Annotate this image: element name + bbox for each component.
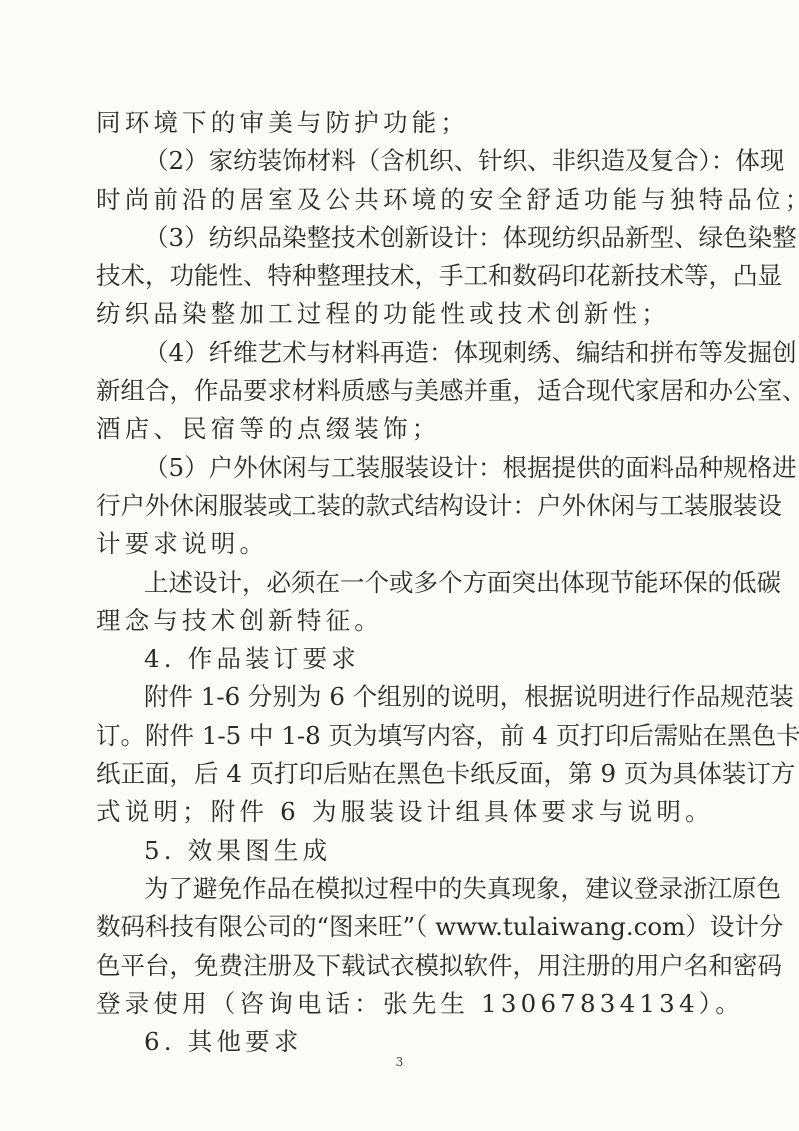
text-line: 纺织品染整加工过程的功能性或技术创新性； bbox=[96, 295, 706, 333]
text-line: 附件 1-6 分别为 6 个组别的说明，根据说明进行作品规范装 bbox=[96, 678, 706, 716]
text-line: （2）家纺装饰材料（含机织、针织、非织造及复合）：体现 bbox=[96, 142, 706, 180]
text-line: 理念与技术创新特征。 bbox=[96, 602, 706, 640]
text-line: 时尚前沿的居室及公共环境的安全舒适功能与独特品位； bbox=[96, 181, 706, 219]
text-line: 上述设计，必须在一个或多个方面突出体现节能环保的低碳 bbox=[96, 564, 706, 602]
text-line: 计要求说明。 bbox=[96, 525, 706, 563]
text-line: 4. 作品装订要求 bbox=[96, 640, 706, 678]
text-line: 同环境下的审美与防护功能； bbox=[96, 104, 706, 142]
text-line: 纸正面，后 4 页打印后贴在黑色卡纸反面，第 9 页为具体装订方 bbox=[96, 755, 706, 793]
text-line: 为了避免作品在模拟过程中的失真现象，建议登录浙江原色 bbox=[96, 870, 706, 908]
text-line: 色平台，免费注册及下载试衣模拟软件，用注册的用户名和密码 bbox=[96, 947, 706, 985]
text-line: 行户外休闲服装或工装的款式结构设计：户外休闲与工装服装设 bbox=[96, 487, 706, 525]
text-line: （4）纤维艺术与材料再造：体现刺绣、编结和拼布等发掘创 bbox=[96, 334, 706, 372]
page-number: 3 bbox=[0, 1055, 799, 1069]
text-line: 酒店、民宿等的点缀装饰； bbox=[96, 410, 706, 448]
text-line: 订。附件 1-5 中 1-8 页为填写内容，前 4 页打印后需贴在黑色卡 bbox=[96, 717, 706, 755]
document-body: 同环境下的审美与防护功能；（2）家纺装饰材料（含机织、针织、非织造及复合）：体现… bbox=[96, 104, 706, 1061]
text-line: 登录使用（咨询电话：张先生 13067834134）。 bbox=[96, 985, 706, 1023]
text-line: （5）户外休闲与工装服装设计：根据提供的面料品种规格进 bbox=[96, 449, 706, 487]
text-line: 数码科技有限公司的“图来旺”（ www.tulaiwang.com）设计分 bbox=[96, 908, 706, 946]
text-line: 5. 效果图生成 bbox=[96, 832, 706, 870]
text-line: 式说明；附件 6 为服装设计组具体要求与说明。 bbox=[96, 793, 706, 831]
text-line: （3）纺织品染整技术创新设计：体现纺织品新型、绿色染整 bbox=[96, 219, 706, 257]
text-line: 新组合，作品要求材料质感与美感并重，适合现代家居和办公室、 bbox=[96, 372, 706, 410]
text-line: 技术，功能性、特种整理技术，手工和数码印花新技术等，凸显 bbox=[96, 257, 706, 295]
